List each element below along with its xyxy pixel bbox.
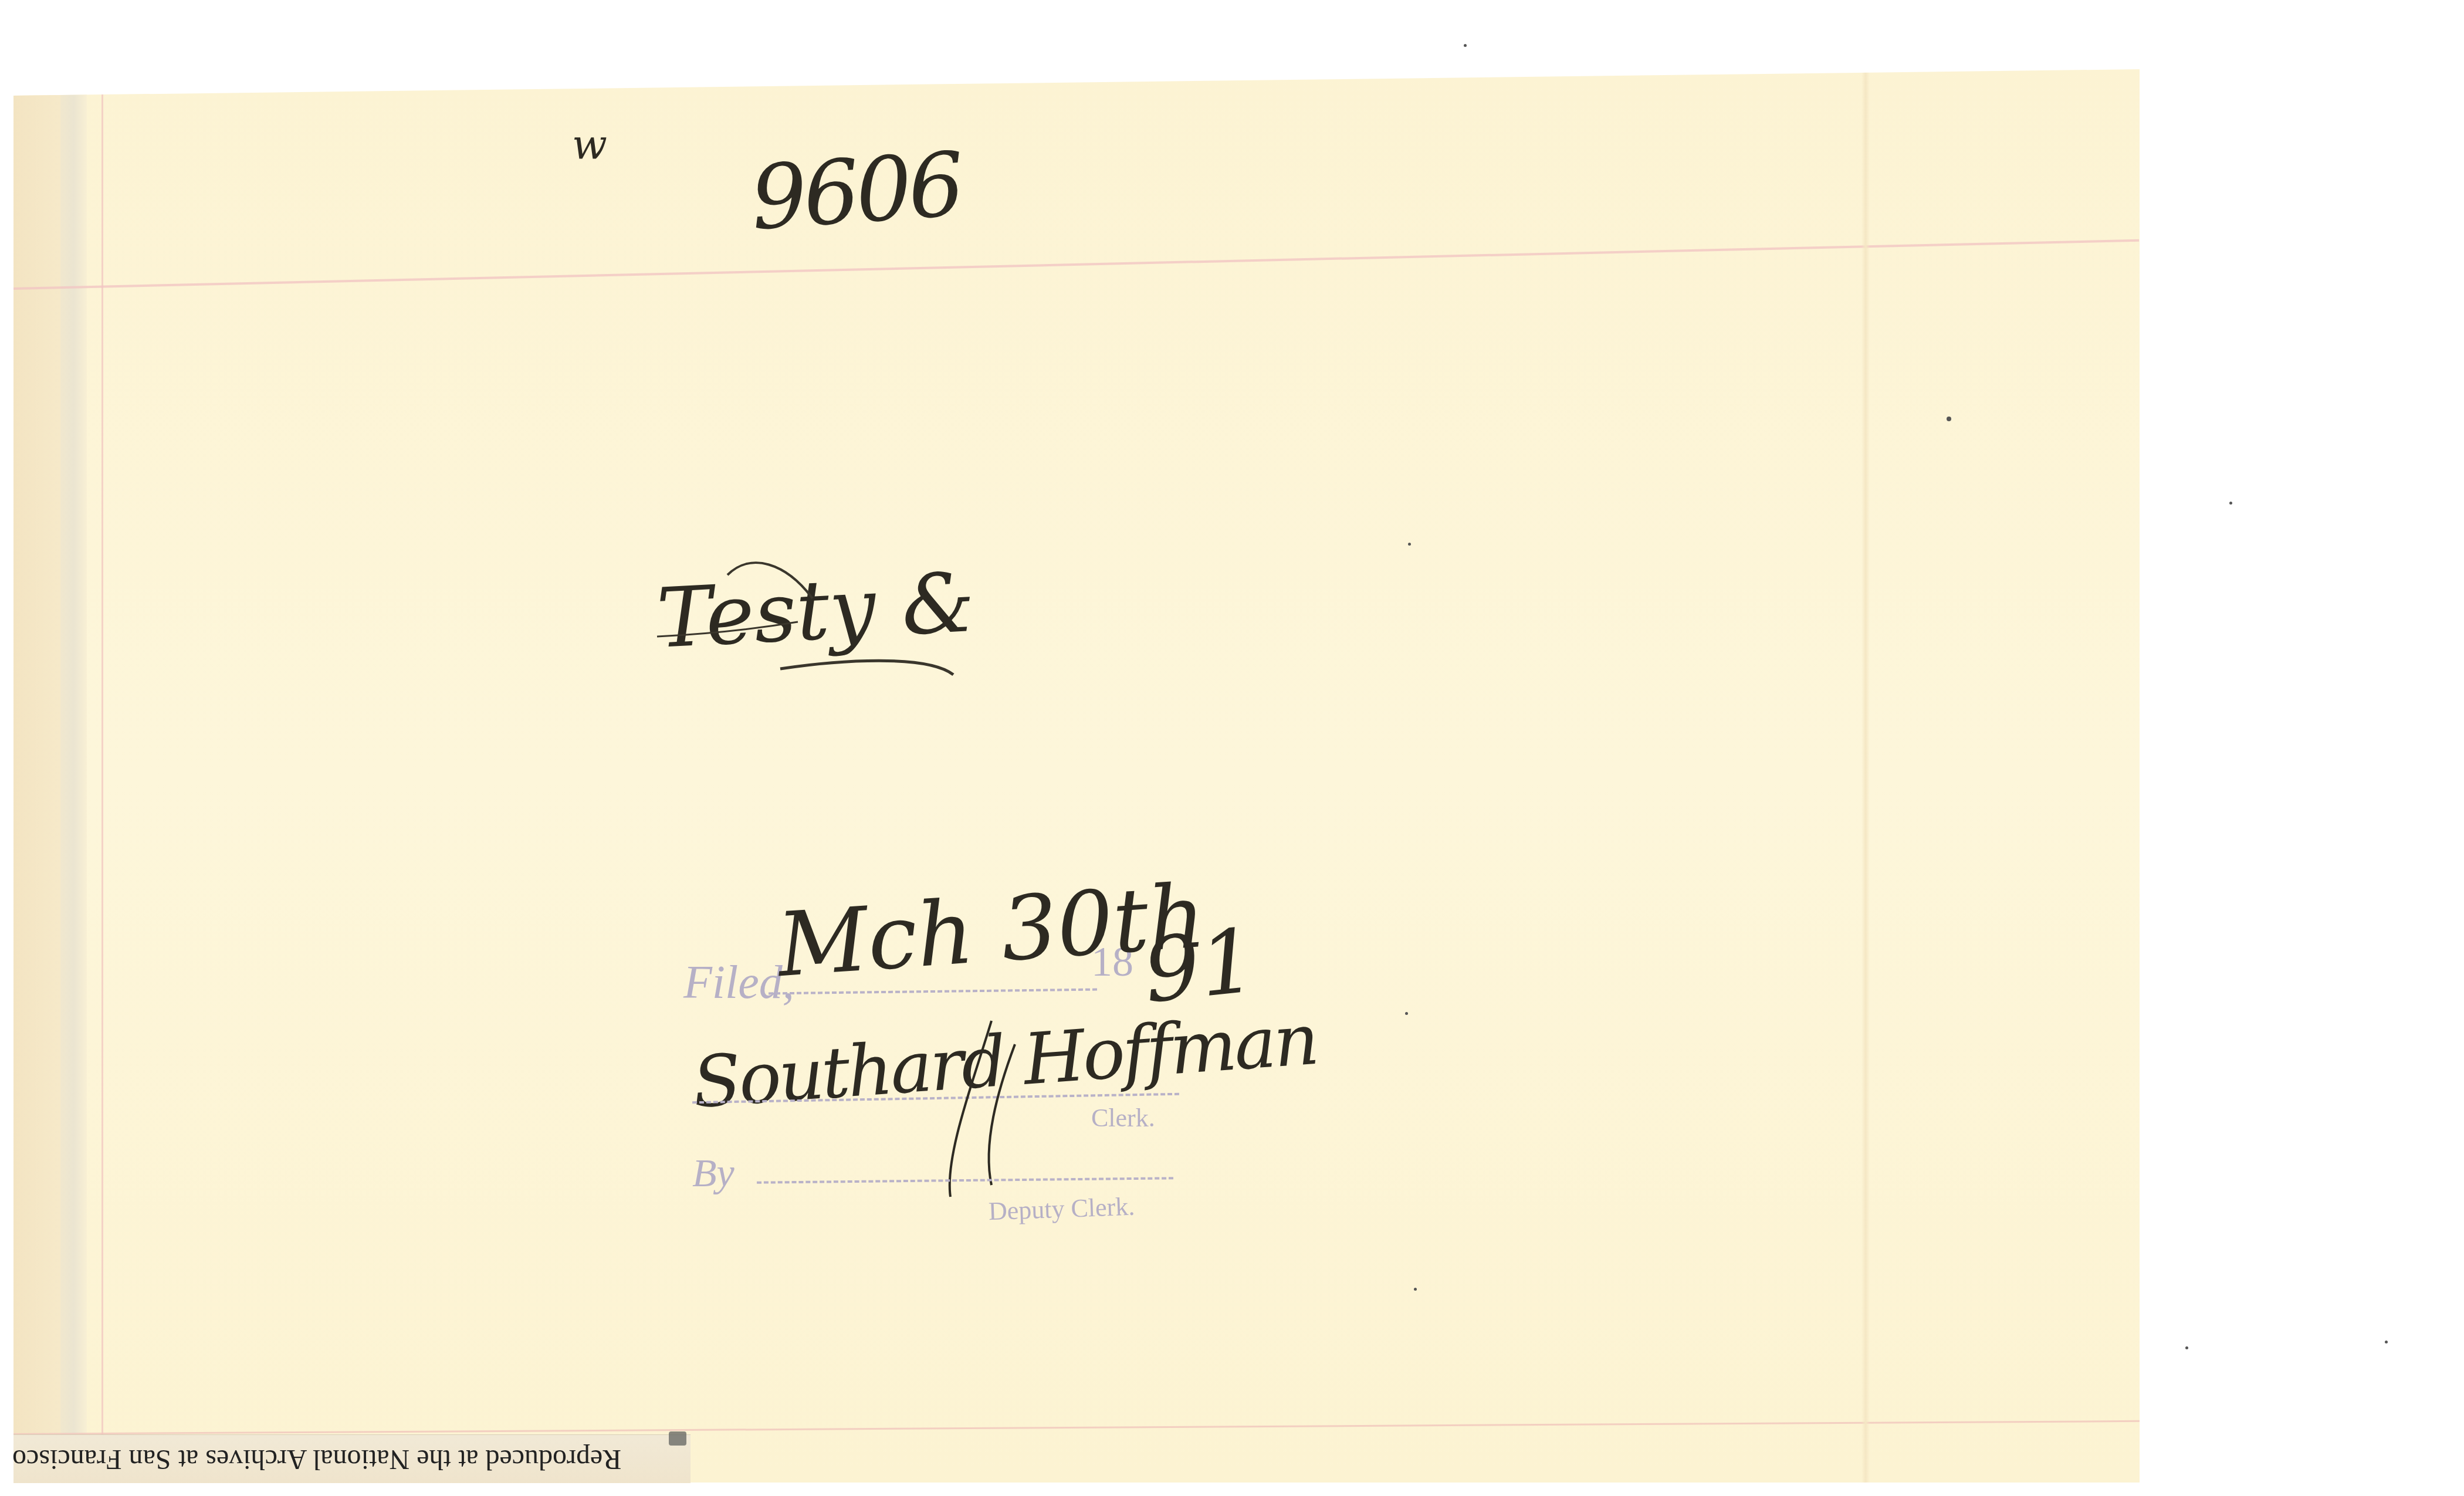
speck — [1405, 1012, 1408, 1015]
speck — [1414, 1288, 1417, 1291]
paper-left-edge-strip — [13, 69, 60, 1483]
document-paper — [13, 69, 2140, 1483]
archive-label-text: Reproduced at the National Archives at S… — [12, 1443, 621, 1475]
endorsement-flourish — [645, 528, 997, 704]
margin-rule-top — [13, 239, 2139, 290]
speck — [1408, 543, 1411, 546]
tape-corner — [669, 1431, 686, 1446]
paper-crease — [1861, 69, 1870, 1483]
archive-label-tape: Reproduced at the National Archives at S… — [13, 1434, 691, 1483]
clerk-label: Clerk. — [1091, 1103, 1155, 1133]
speck — [2185, 1346, 2188, 1349]
filed-label: Filed, — [683, 956, 794, 1010]
margin-rule-vertical — [101, 69, 103, 1483]
margin-rule-bottom — [13, 1420, 2140, 1435]
signature-flourish — [927, 1009, 1074, 1203]
by-label: By — [692, 1150, 735, 1196]
speck — [2385, 1341, 2388, 1343]
paper-fold-band — [60, 69, 87, 1483]
corner-mark: w — [572, 120, 607, 168]
file-number: 9606 — [747, 134, 964, 251]
speck — [1947, 417, 1951, 421]
deputy-clerk-label: Deputy Clerk. — [988, 1192, 1135, 1227]
speck — [1464, 44, 1467, 47]
speck — [2229, 502, 2232, 505]
